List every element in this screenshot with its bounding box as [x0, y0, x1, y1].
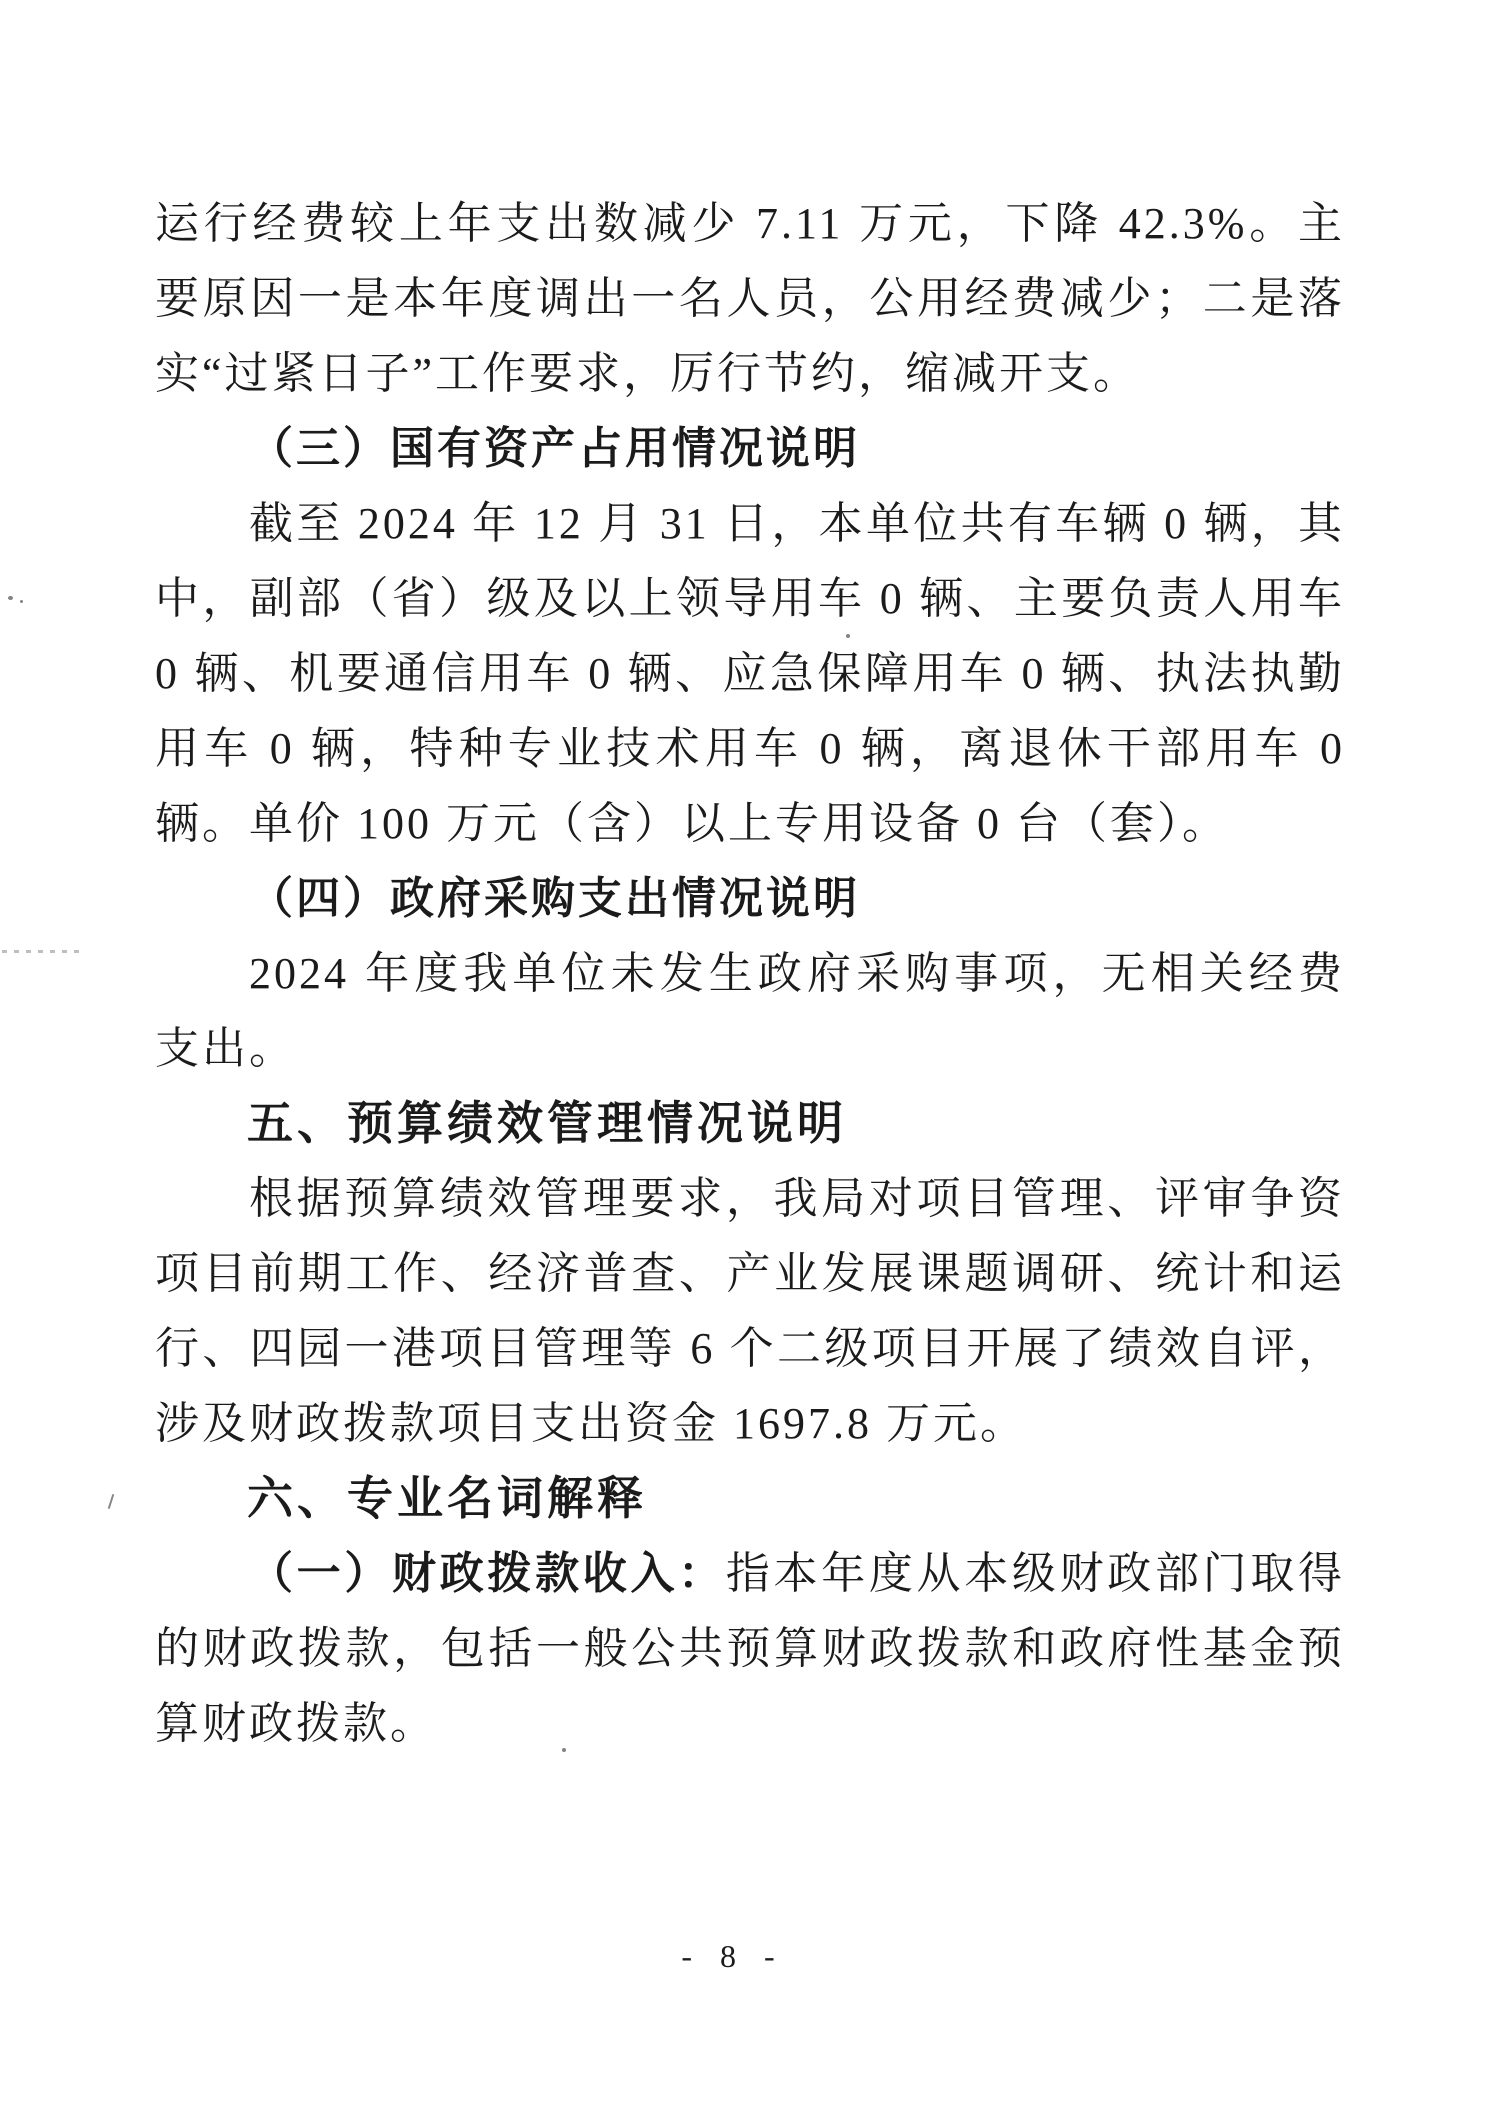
paragraph-procurement-statement: 2024 年度我单位未发生政府采购事项，无相关经费支出。	[155, 936, 1345, 1086]
term-lead-fiscal-appropriation: （一）财政拨款收入：	[249, 1549, 726, 1598]
scan-artifact	[2, 950, 82, 953]
paragraph-operating-expenses: 运行经费较上年支出数减少 7.11 万元，下降 42.3%。主要原因一是本年度调…	[155, 186, 1345, 411]
scan-artifact	[8, 596, 13, 600]
scan-artifact	[846, 634, 850, 638]
scan-artifact	[108, 1494, 115, 1509]
paragraph-performance-evaluation: 根据预算绩效管理要求，我局对项目管理、评审争资项目前期工作、经济普查、产业发展课…	[155, 1161, 1345, 1461]
scan-artifact	[20, 600, 23, 603]
document-page: 运行经费较上年支出数减少 7.11 万元，下降 42.3%。主要原因一是本年度调…	[0, 0, 1490, 2104]
heading-government-procurement: （四）政府采购支出情况说明	[155, 861, 1345, 936]
page-number: - 8 -	[0, 1938, 1466, 1975]
paragraph-vehicles-equipment: 截至 2024 年 12 月 31 日，本单位共有车辆 0 辆，其中，副部（省）…	[155, 486, 1345, 861]
heading-terminology: 六、专业名词解释	[155, 1461, 1345, 1536]
page-body: 运行经费较上年支出数减少 7.11 万元，下降 42.3%。主要原因一是本年度调…	[155, 186, 1345, 1761]
paragraph-term-fiscal-appropriation: （一）财政拨款收入：指本年度从本级财政部门取得的财政拨款，包括一般公共预算财政拨…	[155, 1536, 1345, 1761]
heading-state-assets: （三）国有资产占用情况说明	[155, 411, 1345, 486]
heading-budget-performance: 五、预算绩效管理情况说明	[155, 1086, 1345, 1161]
scan-artifact	[562, 1748, 566, 1752]
